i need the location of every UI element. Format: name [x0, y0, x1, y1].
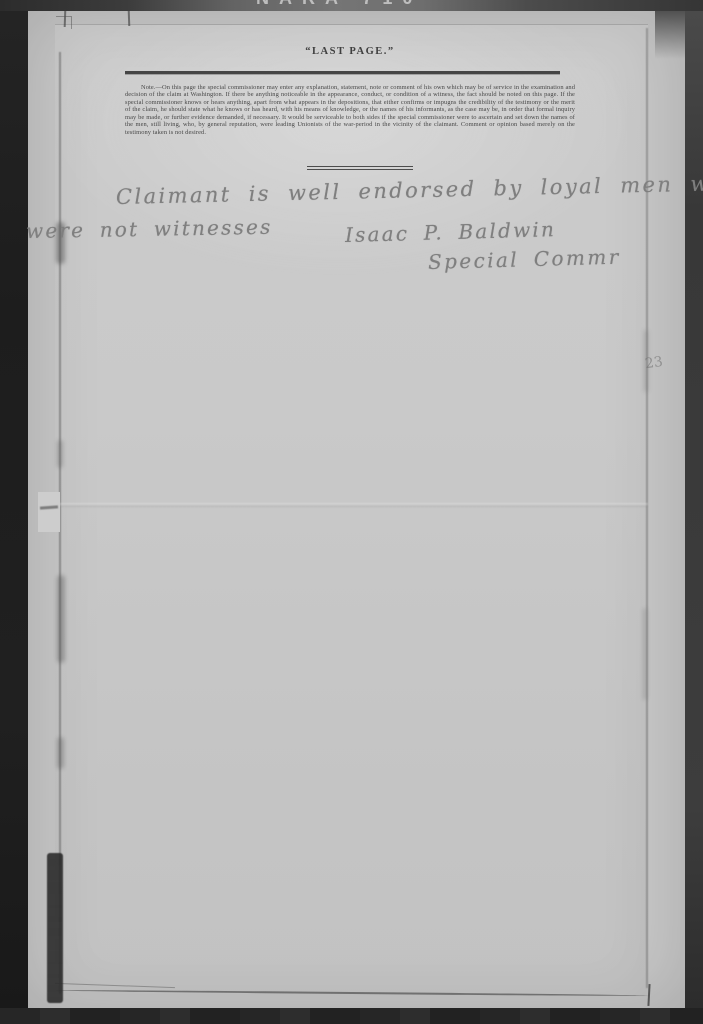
printed-note: Note.—On this page the special commissio…: [125, 84, 575, 136]
ink-smudge: [57, 440, 63, 468]
header-rule: [125, 71, 560, 74]
ink-smudge: [57, 575, 65, 663]
microfilm-scan-viewport: NARA 710 “LAST PAGE.” Note.—On this page…: [0, 0, 703, 1024]
page-corner-fold: [56, 16, 72, 29]
microfilm-reel-label: NARA 710: [256, 0, 422, 9]
film-frame-right: [685, 11, 703, 1008]
fold-crease: [58, 503, 648, 507]
page-title: “LAST PAGE.”: [125, 46, 575, 57]
ink-smudge: [57, 737, 64, 769]
film-frame-corner-shadow: [655, 11, 685, 59]
binding-notch: [38, 492, 60, 532]
handwriting-line-2: were not witnesses: [26, 215, 273, 243]
note-rule: [307, 166, 413, 170]
film-frame-left: [0, 11, 28, 1008]
film-frame-bottom: [0, 1008, 703, 1024]
film-frame-top: NARA 710: [0, 0, 703, 11]
margin-annotation: 23: [644, 354, 664, 372]
binding-tape-tab: [47, 853, 63, 1003]
